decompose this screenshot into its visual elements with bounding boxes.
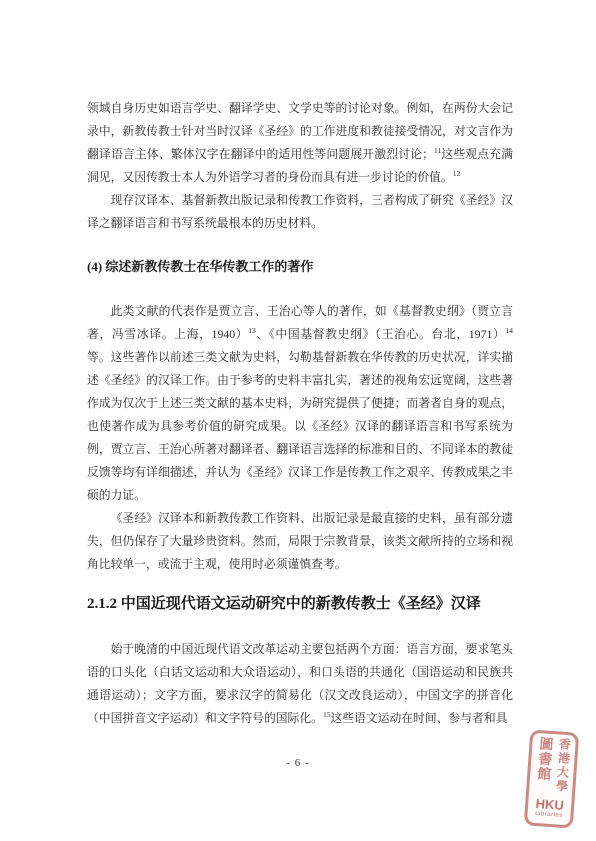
paragraph-representative-works: 此类文献的代表作是贾立言、王治心等人的著作，如《基督教史纲》（贾立言著，冯雪冰译… <box>87 300 513 507</box>
paragraph-continuation: 领域自身历史如语言学史、翻译学史、文学史等的讨论对象。例如，在两份大会记录中，新… <box>87 97 513 189</box>
stamp-text-library: 圖書館 <box>531 736 555 797</box>
hku-library-stamp: 香港大學 圖書館 HKU Libraries <box>524 729 580 828</box>
footnote-marker: 12 <box>453 169 461 178</box>
heading-item-4: (4) 综述新教传教士在华传教工作的著作 <box>87 256 513 278</box>
stamp-latin-block: HKU Libraries <box>527 796 571 819</box>
stamp-text-hku: HKU <box>528 796 572 812</box>
page-number: - 6 - <box>0 757 596 769</box>
paragraph-direct-materials: 《圣经》汉译本和新教传教工作资料、出版记录是最直接的史料，虽有部分遗失，但仍保存… <box>87 507 513 576</box>
page-body: 领域自身历史如语言学史、翻译学史、文学史等的讨论对象。例如，在两份大会记录中，新… <box>87 97 513 730</box>
heading-section-2-1-2: 2.1.2 中国近现代语文运动研究中的新教传教士《圣经》汉译 <box>87 591 513 617</box>
footnote-marker: 13 <box>248 326 256 335</box>
stamp-text-university: 香港大學 <box>553 737 574 798</box>
footnote-marker: 15 <box>323 710 331 719</box>
paragraph-language-reform: 始于晚清的中国近现代语文改革运动主要包括两个方面：语言方面，要求笔头语的口头化（… <box>87 638 513 730</box>
stamp-characters: 香港大學 圖書館 <box>529 733 576 799</box>
footnote-marker: 11 <box>434 146 441 155</box>
paragraph-historical-materials: 现存汉译本、基督新教出版记录和传教工作资料，三者构成了研究《圣经》汉译之翻译语言… <box>87 189 513 235</box>
footnote-marker: 14 <box>506 326 514 335</box>
document-page: 领域自身历史如语言学史、翻译学史、文学史等的讨论对象。例如，在两份大会记录中，新… <box>0 0 596 841</box>
